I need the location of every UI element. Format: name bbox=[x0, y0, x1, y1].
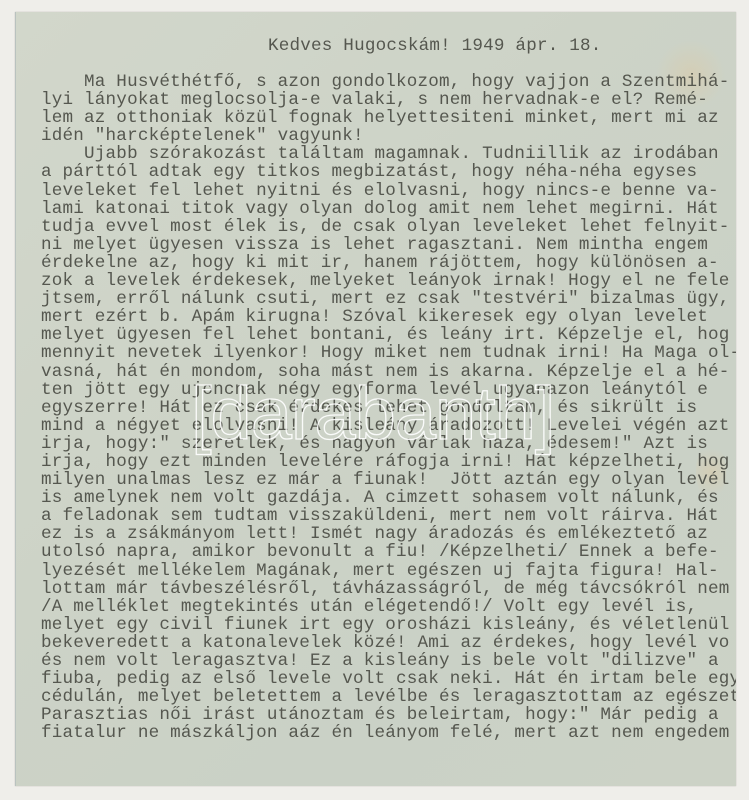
text-line: lyezését mellékelem Magának, mert egésze… bbox=[41, 562, 736, 580]
text-line: zok a levelek érdekesek, melyeket leányo… bbox=[41, 272, 736, 290]
text-line: Parasztias női irást utánoztam és beleir… bbox=[41, 706, 736, 724]
text-line: melyet egy civil fiunek irt egy orosházi… bbox=[41, 616, 736, 634]
text-line: a párttól adtak egy titkos megbizatást, … bbox=[41, 163, 736, 181]
text-line: utolsó napra, amikor bevonult a fiu! /Ké… bbox=[41, 543, 736, 561]
text-line: a feladonak sem tudtam visszaküldeni, me… bbox=[41, 507, 736, 525]
text-line: érdekelne az, hogy ki mit ir, hanem rájö… bbox=[41, 254, 736, 272]
text-line: bekeveredett a katonalevelek közé! Ami a… bbox=[41, 634, 736, 652]
text-line: ni melyet ügyesen vissza is lehet ragasz… bbox=[41, 236, 736, 254]
text-line: ten jött egy ujoncnak négy egyforma levé… bbox=[41, 381, 736, 399]
text-line: vasná, hát én mondom, soha mást nem is a… bbox=[41, 363, 736, 381]
text-line: Ma Husvéthétfő, s azon gondolkozom, hogy… bbox=[41, 73, 736, 91]
text-line: leveleket fel lehet nyitni és elolvasni,… bbox=[41, 182, 736, 200]
letter-body: Ma Husvéthétfő, s azon gondolkozom, hogy… bbox=[41, 73, 736, 742]
text-line: is amelynek nem volt gazdája. A cimzett … bbox=[41, 489, 736, 507]
text-line: lami katonai titok vagy olyan dolog amit… bbox=[41, 200, 736, 218]
text-line: irja, hogy:" szeretlek, és nagyon várlak… bbox=[41, 435, 736, 453]
text-line: és nem volt leragasztva! Ez a kisleány i… bbox=[41, 652, 736, 670]
text-line: jtsem, erről nálunk csuti, mert ez csak … bbox=[41, 290, 736, 308]
text-line: /A melléklet megtekintés után elégetendő… bbox=[41, 598, 736, 616]
text-line: melyet ügyesen fel lehet bontani, és leá… bbox=[41, 326, 736, 344]
text-line: mennyit nevetek ilyenkor! Hogy miket nem… bbox=[41, 344, 736, 362]
letter-salutation-date: Kedves Hugocskám! 1949 ápr. 18. bbox=[268, 37, 602, 55]
text-line: irja, hogy ezt minden levelére ráfogja i… bbox=[41, 453, 736, 471]
text-line: lottam már távbeszélésről, távházasságró… bbox=[41, 580, 736, 598]
text-line: ez is a zsákmányom lett! Ismét nagy árad… bbox=[41, 525, 736, 543]
text-line: cédulán, melyet beletettem a levélbe és … bbox=[41, 688, 736, 706]
text-line: lem az otthoniak közül fognak helyettesi… bbox=[41, 109, 736, 127]
text-line: fiatalur ne mászkáljon aáz én leányom fe… bbox=[41, 724, 736, 742]
text-line: mind a négyet elolvasni! A kisleány árad… bbox=[41, 417, 736, 435]
text-line: idén "harcképtelenek" vagyunk! bbox=[41, 127, 736, 145]
text-line: egyszerre! Hát ez csak érdekes lehet gon… bbox=[41, 399, 736, 417]
text-line: fiuba, pedig az első levele volt csak ne… bbox=[41, 670, 736, 688]
text-line: milyen unalmas lesz ez már a fiunak! Jöt… bbox=[41, 471, 736, 489]
text-line: tudja evvel most élek is, de csak olyan … bbox=[41, 218, 736, 236]
text-line: lyi lányokat meglocsolja-e valaki, s nem… bbox=[41, 91, 736, 109]
text-line: mert ezért b. Apám kirugna! Szóval kiker… bbox=[41, 308, 736, 326]
letter-page: Kedves Hugocskám! 1949 ápr. 18. Ma Husvé… bbox=[15, 12, 736, 786]
text-line: Ujabb szórakozást találtam magamnak. Tud… bbox=[41, 145, 736, 163]
